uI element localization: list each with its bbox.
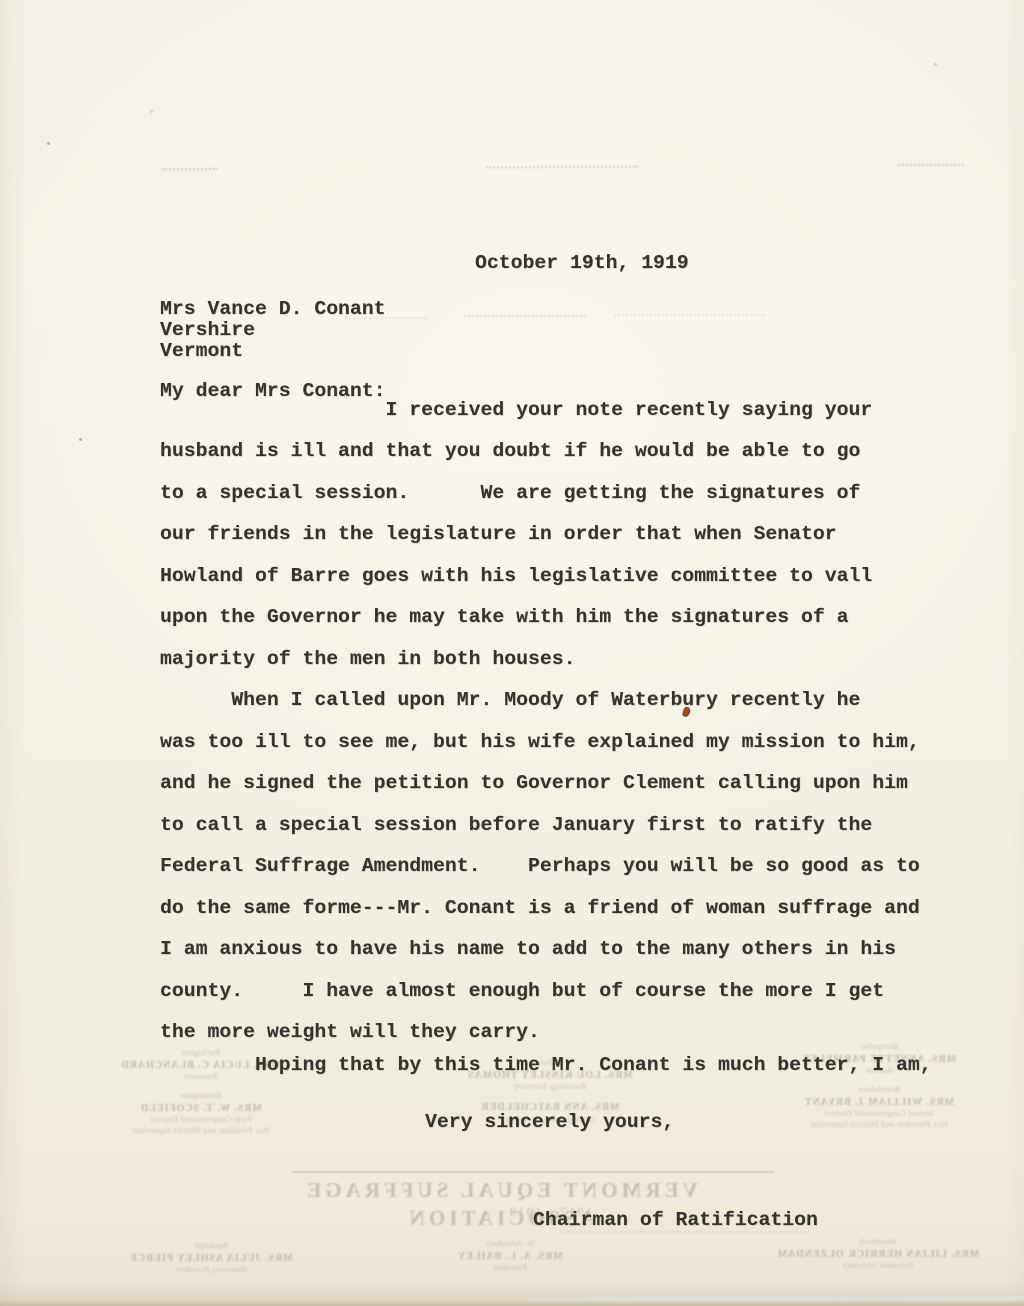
body-line: our friends in the legislature in order … [160,525,837,545]
closing-line: Hoping that by this time Mr. Conant is m… [255,1056,932,1076]
showthrough-officer-block-bottom-left: Randolph MRS. JULIA ASHLEY PIERCE Honora… [80,1241,342,1276]
showthrough-officer-title: Second Congressional District [748,1109,1010,1120]
scanned-letter-page: VERMONT EQUAL SUFFRAGE ASSOCIATION 1917 … [0,0,1024,1306]
spacer [748,1077,1010,1085]
showthrough-officer-title: Vice President and District Supervisor [90,1126,312,1137]
body-line: Federal Suffrage Amendment. Perhaps you … [160,857,920,877]
spacer [90,1083,312,1091]
showthrough-officer-title: Vice President and District Supervisor [748,1120,1010,1131]
showthrough-officer-block-bottom-right: Woodstock MRS. LILIAN HERRICK OLZENDAM E… [728,1237,1024,1272]
valediction: Very sincerely yours, [425,1113,674,1133]
recipient-state: Vermont [160,342,243,362]
scan-smudge [898,164,964,166]
showthrough-officer-block-bottom-center: St. Johnsbury MRS. A. L. BAILEY Presiden… [390,1239,630,1274]
body-line: I received your note recently saying you… [160,401,872,421]
showthrough-place-label: Bennington [90,1091,312,1102]
showthrough-place-label: Woodstock [728,1237,1024,1248]
showthrough-officer-name: MRS. W. T. SCOFIELD [90,1102,312,1116]
showthrough-officer-title: Honorary President [80,1265,342,1276]
showthrough-officer-title: First Congressional District [90,1115,312,1126]
paper-speck [150,110,153,113]
paper-speck [79,438,82,441]
showthrough-officer-name: MRS. A. L. BAILEY [390,1250,630,1264]
body-line: upon the Governor he may take with him t… [160,608,849,628]
body-line: to a special session. We are getting the… [160,484,860,504]
scan-smudge [464,315,586,317]
showthrough-officer-name: MRS. WILLIAM J. BRYANT [748,1096,1010,1110]
showthrough-officer-title: Recording Secretary [405,1082,695,1093]
paper-speck [934,63,937,66]
showthrough-place-label: Brattleboro [748,1085,1010,1096]
showthrough-place-label: Randolph [80,1241,342,1252]
showthrough-rule [292,1171,774,1173]
body-line: and he signed the petition to Governor C… [160,774,908,794]
scan-smudge [614,314,764,316]
scan-smudge [560,1231,810,1233]
showthrough-place-label: Montpelier [748,1042,1010,1053]
letter-date: October 19th, 1919 [475,254,689,274]
body-line: county. I have almost enough but of cour… [160,982,884,1002]
recipient-name: Mrs Vance D. Conant [160,300,386,320]
showthrough-officer-title: Executive Secretary [728,1261,1024,1272]
body-line: When I called upon Mr. Moody of Waterbur… [160,691,860,711]
body-line: the more weight will they carry. [160,1023,540,1043]
scan-smudge [486,166,638,169]
bottom-edge-shadow [0,1301,1024,1306]
recipient-town: Vershire [160,321,255,341]
body-line: to call a special session before January… [160,816,872,836]
body-line: Howland of Barre goes with his legislati… [160,567,872,587]
body-line: husband is ill and that you doubt if he … [160,442,860,462]
body-line: I am anxious to have his name to add to … [160,940,896,960]
showthrough-place-label: St. Johnsbury [390,1239,630,1250]
showthrough-officer-name: MRS. JULIA ASHLEY PIERCE [80,1252,342,1266]
signature-title: Chairman of Ratification [533,1211,818,1231]
body-line: was too ill to see me, but his wife expl… [160,733,920,753]
scan-smudge [162,168,218,170]
paper-speck [47,142,50,145]
body-line: do the same forme---Mr. Conant is a frie… [160,899,920,919]
showthrough-officer-name: MRS. LILIAN HERRICK OLZENDAM [728,1248,1024,1262]
spacer [405,1093,695,1101]
body-line: majority of the men in both houses. [160,650,575,670]
showthrough-officer-title: President [390,1263,630,1274]
